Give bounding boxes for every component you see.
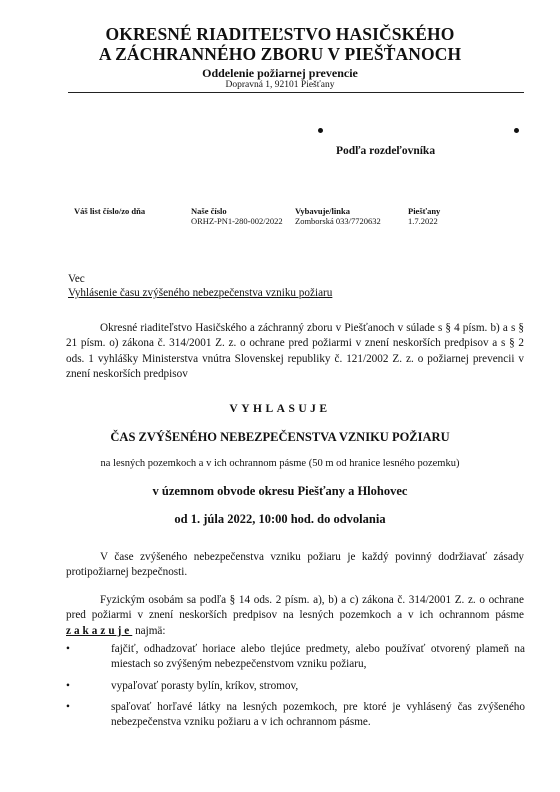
recipient-label: Podľa rozdeľovníka — [336, 145, 435, 157]
list-item-text: vypaľovať porasty bylín, kríkov, stromov… — [111, 679, 525, 694]
bullet-icon: • — [66, 700, 70, 715]
intro-paragraph: Okresné riaditeľstvo Hasičského a záchra… — [66, 321, 524, 383]
list-item: • vypaľovať porasty bylín, kríkov, strom… — [66, 679, 526, 695]
prohibition-paragraph: Fyzickým osobám sa podľa § 14 ods. 2 pís… — [66, 593, 524, 639]
prohibition-tail: najmä: — [132, 625, 165, 637]
department-name: Oddelenie požiarnej prevencie — [0, 66, 560, 81]
declaration-heading: ČAS ZVÝŠENÉHO NEBEZPEČENSTVA VZNIKU POŽI… — [0, 430, 560, 445]
declaration-period: od 1. júla 2022, 10:00 hod. do odvolania — [0, 512, 560, 527]
bullet-icon: • — [66, 679, 70, 694]
organization-address: Dopravná 1, 92101 Piešťany — [0, 80, 560, 90]
ref-value-handled-by: Zomborská 033/7720632 — [295, 216, 381, 226]
ref-header-your-letter: Váš list číslo/zo dňa — [74, 206, 145, 216]
bullet-icon: • — [66, 642, 70, 657]
list-item-text: spaľovať horľavé látky na lesných pozemk… — [111, 700, 525, 731]
list-item: • fajčiť, odhadzovať horiace alebo tlejú… — [66, 642, 526, 674]
ref-header-handled-by: Vybavuje/linka — [295, 206, 350, 216]
letterhead-divider — [68, 92, 524, 93]
organization-name-line2: A ZÁCHRANNÉHO ZBORU V PIEŠŤANOCH — [0, 44, 560, 65]
declaration-scope: na lesných pozemkoch a v ich ochrannom p… — [0, 458, 560, 469]
declaration-territory: v územnom obvode okresu Piešťany a Hloho… — [0, 484, 560, 499]
ref-header-our-number: Naše číslo — [191, 206, 227, 216]
ref-value-our-number: ORHZ-PN1-280-002/2022 — [191, 216, 283, 226]
prohibition-emphasis: zakazuje — [66, 625, 132, 637]
organization-name-line1: OKRESNÉ RIADITEĽSTVO HASIČSKÉHO — [0, 24, 560, 45]
list-item-text: fajčiť, odhadzovať horiace alebo tlejúce… — [111, 642, 525, 673]
ref-value-date: 1.7.2022 — [408, 216, 438, 226]
list-item: • spaľovať horľavé látky na lesných poze… — [66, 700, 526, 732]
duty-paragraph: V čase zvýšeného nebezpečenstva vzniku p… — [66, 550, 524, 581]
subject-title: Vyhlásenie času zvýšeného nebezpečenstva… — [68, 286, 332, 301]
prohibition-paragraph-text: Fyzickým osobám sa podľa § 14 ods. 2 pís… — [66, 594, 524, 621]
declaration-verb: VYHLASUJE — [0, 403, 560, 415]
address-window-mark-left — [318, 128, 323, 133]
ref-header-place: Piešťany — [408, 206, 440, 216]
address-window-mark-right — [514, 128, 519, 133]
